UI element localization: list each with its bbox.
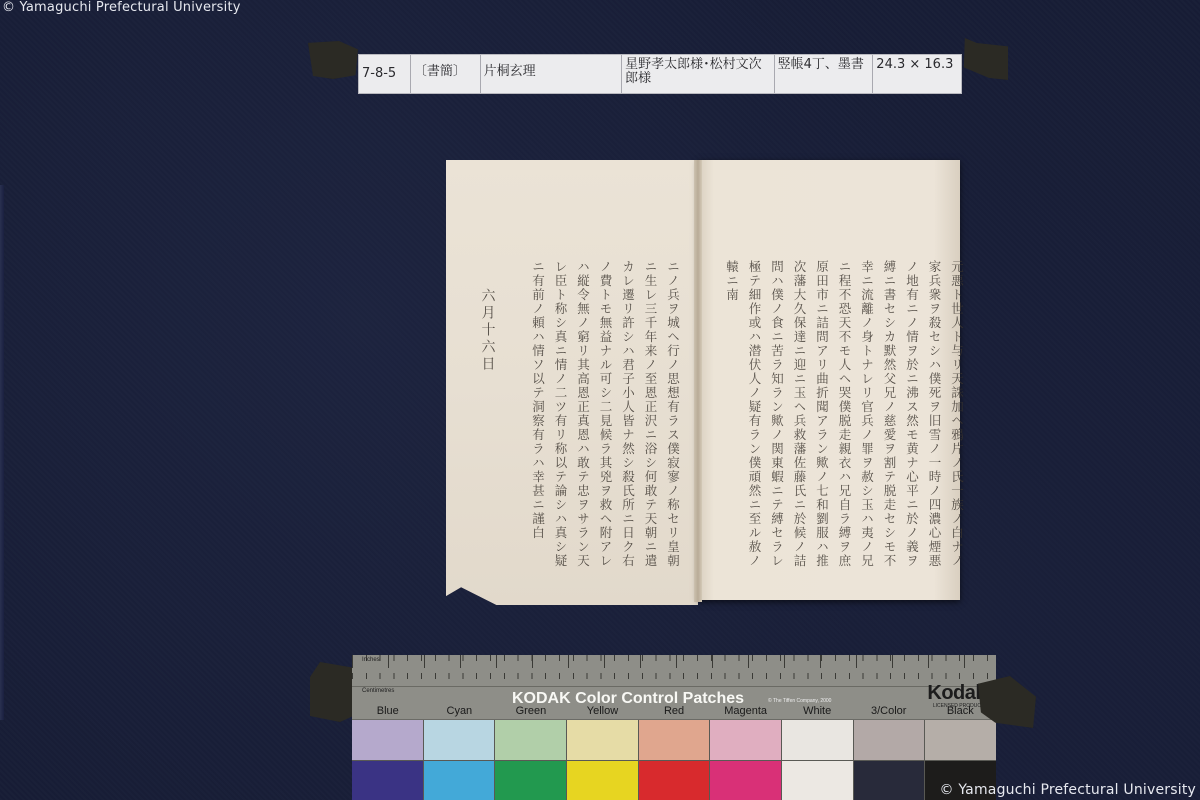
- color-patch-yellow-light: [567, 720, 638, 760]
- color-patch-red-light: [639, 720, 710, 760]
- left-page: ニノ兵ヲ城ヘ行ノ思想有ラス僕寂寥ノ称セリ皇朝ニ生レ三千年来ノ至恩正沢ニ浴シ何敢テ…: [446, 160, 698, 605]
- right-page-body: 元悪ト世人ト与リ天誅加ヘ鴉片ノ氏一族ノ白ナノ家兵衆ヲ殺セシハ僕死ヲ旧雪ノ一時ノ四…: [720, 260, 968, 580]
- patch-label: 3/Color: [853, 705, 925, 720]
- cm-label: Centimetres: [362, 688, 394, 694]
- spine: [694, 160, 702, 602]
- patch-label: Cyan: [424, 705, 496, 720]
- color-patch-yellow-dark: [567, 761, 638, 800]
- patch-label: Green: [495, 705, 567, 720]
- color-patch-3-color-dark: [854, 761, 925, 800]
- color-patch-cyan-light: [424, 720, 495, 760]
- catalog-format: 竪帳4丁、墨書: [775, 55, 874, 93]
- left-page-date: 六月十六日: [476, 288, 499, 373]
- ruler-scale: [352, 655, 996, 687]
- color-patch-blue-light: [352, 720, 423, 760]
- catalog-author: 片桐玄理: [481, 55, 623, 93]
- inches-label: Inches: [362, 657, 380, 663]
- color-patch-blue-dark: [352, 761, 423, 800]
- kodak-color-chart: Inches Centimetres KODAK Color Control P…: [352, 655, 996, 800]
- catalog-dimensions: 24.3 × 16.3: [873, 55, 961, 93]
- catalog-type: 〔書簡〕: [411, 55, 481, 93]
- watermark-bottom: © Yamaguchi Prefectural University: [940, 782, 1197, 798]
- left-edge-strip: [0, 185, 4, 720]
- patch-label: Blue: [352, 705, 424, 720]
- color-patch-magenta-dark: [710, 761, 781, 800]
- tape-top-left: [308, 41, 358, 79]
- patch-labels: Blue Cyan Green Yellow Red Magenta White…: [352, 705, 996, 720]
- color-patch-green-dark: [495, 761, 566, 800]
- patch-label: White: [781, 705, 853, 720]
- color-patch-green-light: [495, 720, 566, 760]
- color-patch-red-dark: [639, 761, 710, 800]
- tape-top-right: [960, 38, 1008, 80]
- color-patch-3-color-light: [854, 720, 925, 760]
- catalog-label: 7-8-5 〔書簡〕 片桐玄理 星野孝太郎様･松村文次郎様 竪帳4丁、墨書 24…: [358, 54, 962, 94]
- color-patch-white-dark: [782, 761, 853, 800]
- color-patch-cyan-dark: [424, 761, 495, 800]
- color-patch-magenta-light: [710, 720, 781, 760]
- color-patches: [352, 720, 996, 800]
- chart-credit: © The Tiffen Company, 2000: [768, 698, 831, 704]
- right-page: 元悪ト世人ト与リ天誅加ヘ鴉片ノ氏一族ノ白ナノ家兵衆ヲ殺セシハ僕死ヲ旧雪ノ一時ノ四…: [698, 160, 960, 600]
- catalog-id: 7-8-5: [359, 55, 411, 93]
- kodak-logo: Kodak: [927, 682, 986, 705]
- color-patch-white-light: [782, 720, 853, 760]
- patch-label: Red: [638, 705, 710, 720]
- watermark-top: © Yamaguchi Prefectural University: [2, 0, 241, 15]
- patch-label: Magenta: [710, 705, 782, 720]
- catalog-recipient: 星野孝太郎様･松村文次郎様: [622, 55, 774, 93]
- color-patch-black-light: [925, 720, 996, 760]
- left-page-body: ニノ兵ヲ城ヘ行ノ思想有ラス僕寂寥ノ称セリ皇朝ニ生レ三千年来ノ至恩正沢ニ浴シ何敢テ…: [526, 260, 684, 580]
- document-spread: ニノ兵ヲ城ヘ行ノ思想有ラス僕寂寥ノ称セリ皇朝ニ生レ三千年来ノ至恩正沢ニ浴シ何敢テ…: [446, 160, 958, 608]
- patch-label: Yellow: [567, 705, 639, 720]
